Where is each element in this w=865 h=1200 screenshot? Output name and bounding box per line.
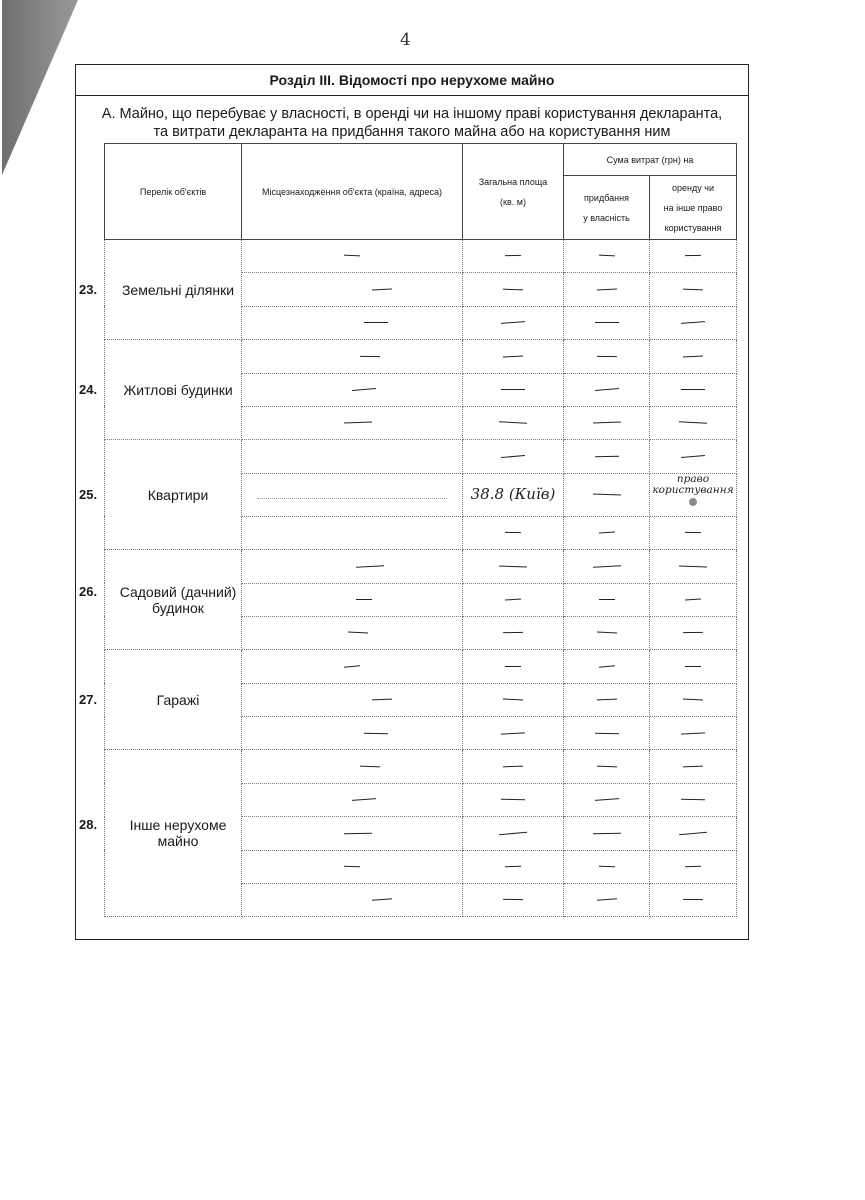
header-location: Місцезнаходження об'єкта (країна, адреса…	[242, 144, 463, 240]
dash-mark	[503, 632, 523, 633]
header-area-line2: (кв. м)	[463, 192, 563, 212]
section-subtitle: А. Майно, що перебуває у власності, в ор…	[76, 105, 748, 141]
cell-rent	[650, 650, 737, 683]
area-value: 38.8 (Київ)	[471, 485, 556, 503]
table-row: 27.Гаражі	[105, 650, 737, 683]
cell-purchase	[564, 783, 650, 816]
cell-rent: правокористування	[650, 473, 737, 516]
cell-location	[242, 340, 463, 373]
cell-purchase	[564, 750, 650, 783]
dash-mark	[596, 632, 616, 634]
cell-rent	[650, 817, 737, 850]
dash-mark	[503, 899, 523, 900]
cell-area	[463, 373, 564, 406]
dash-mark	[356, 565, 384, 567]
category-number: 25.	[79, 487, 97, 502]
dash-mark	[683, 355, 703, 357]
scan-shadow	[0, 0, 80, 175]
cell-purchase	[564, 884, 650, 917]
cell-purchase	[564, 850, 650, 883]
rent-handwritten: правокористування	[652, 474, 733, 496]
dash-mark	[505, 598, 521, 600]
cell-area	[463, 850, 564, 883]
header-rent: оренду чи на інше право користування	[650, 176, 737, 240]
subtitle-line-1: А. Майно, що перебуває у власності, в ор…	[76, 105, 748, 123]
cell-purchase	[564, 406, 650, 439]
table-body: 23.Земельні ділянки24.Житлові будинки25.…	[105, 240, 737, 917]
category-number: 23.	[79, 282, 97, 297]
category-label: Житлові будинки	[123, 382, 232, 398]
dash-mark	[683, 766, 703, 768]
dash-mark	[344, 422, 372, 424]
dash-mark	[505, 532, 521, 533]
cell-location	[242, 440, 463, 473]
cell-location	[242, 473, 463, 516]
dash-mark	[683, 288, 703, 290]
cell-location	[242, 884, 463, 917]
cell-location	[242, 850, 463, 883]
cell-rent	[650, 550, 737, 583]
cell-area	[463, 783, 564, 816]
dash-mark	[501, 799, 525, 800]
cell-purchase	[564, 240, 650, 273]
dash-mark	[596, 699, 616, 701]
dash-mark	[592, 494, 620, 496]
cell-location	[242, 583, 463, 616]
dash-mark	[679, 565, 707, 567]
cell-area	[463, 440, 564, 473]
dash-mark	[681, 321, 705, 324]
header-purchase-line2: у власність	[564, 208, 649, 228]
cell-area	[463, 550, 564, 583]
section-frame: Розділ III. Відомості про нерухоме майно…	[75, 64, 749, 940]
dash-mark	[364, 732, 388, 733]
rent-line2: користування	[652, 485, 733, 496]
cell-rent	[650, 750, 737, 783]
cell-purchase	[564, 650, 650, 683]
dash-mark	[683, 899, 703, 900]
dash-mark	[348, 632, 368, 634]
dash-mark	[594, 798, 618, 801]
table-row: 28.Інше нерухоме майно	[105, 750, 737, 783]
cell-area	[463, 884, 564, 917]
redacted-address	[257, 497, 447, 499]
cell-location	[242, 373, 463, 406]
category-cell: 25.Квартири	[105, 440, 242, 550]
cell-purchase	[564, 273, 650, 306]
cell-purchase	[564, 440, 650, 473]
dash-mark	[594, 732, 618, 733]
section-title: Розділ III. Відомості про нерухоме майно	[76, 65, 748, 96]
table-row: 23.Земельні ділянки	[105, 240, 737, 273]
dash-mark	[364, 322, 388, 323]
dash-mark	[501, 732, 525, 734]
cell-rent	[650, 683, 737, 716]
dash-mark	[503, 288, 523, 290]
cell-area	[463, 240, 564, 273]
cell-purchase	[564, 717, 650, 750]
cell-rent	[650, 516, 737, 549]
category-cell: 23.Земельні ділянки	[105, 240, 242, 340]
category-cell: 28.Інше нерухоме майно	[105, 750, 242, 917]
cell-area	[463, 717, 564, 750]
cell-location	[242, 240, 463, 273]
cell-rent	[650, 884, 737, 917]
dash-mark	[598, 255, 614, 257]
cell-area	[463, 616, 564, 649]
dash-mark	[683, 699, 703, 701]
dash-mark	[505, 255, 521, 256]
cell-rent	[650, 373, 737, 406]
dash-mark	[344, 255, 360, 257]
dash-mark	[595, 322, 619, 323]
cell-purchase	[564, 373, 650, 406]
ink-blot	[689, 498, 697, 506]
dash-mark	[598, 866, 614, 868]
dash-mark	[592, 422, 620, 424]
cell-purchase	[564, 473, 650, 516]
header-purchase-line1: придбання	[564, 188, 649, 208]
category-label: Гаражі	[157, 692, 200, 708]
cell-purchase	[564, 340, 650, 373]
cell-purchase	[564, 683, 650, 716]
dash-mark	[372, 699, 392, 701]
dash-mark	[594, 456, 618, 457]
cell-area	[463, 583, 564, 616]
header-expenses: Сума витрат (грн) на	[564, 144, 737, 176]
category-label: Інше нерухоме майно	[123, 817, 233, 849]
cell-location	[242, 817, 463, 850]
category-cell: 27.Гаражі	[105, 650, 242, 750]
dash-mark	[681, 455, 705, 458]
dash-mark	[360, 355, 380, 356]
cell-rent	[650, 583, 737, 616]
dash-mark	[352, 388, 376, 391]
subtitle-line-2: та витрати декларанта на придбання таког…	[76, 123, 748, 141]
cell-area	[463, 340, 564, 373]
dash-mark	[595, 388, 619, 391]
cell-rent	[650, 717, 737, 750]
dash-mark	[505, 866, 521, 868]
cell-rent	[650, 850, 737, 883]
cell-location	[242, 406, 463, 439]
header-object-list: Перелік об'єктів	[105, 144, 242, 240]
cell-purchase	[564, 516, 650, 549]
dash-mark	[499, 422, 527, 424]
cell-area: 38.8 (Київ)	[463, 473, 564, 516]
dash-mark	[503, 766, 523, 768]
dash-mark	[685, 532, 701, 533]
cell-purchase	[564, 550, 650, 583]
cell-area	[463, 683, 564, 716]
dash-mark	[501, 389, 525, 390]
dash-mark	[501, 321, 525, 324]
table-row: 25.Квартири	[105, 440, 737, 473]
header-rent-line1: оренду чи	[650, 178, 736, 198]
cell-area	[463, 273, 564, 306]
dash-mark	[499, 565, 527, 567]
dash-mark	[352, 798, 376, 801]
cell-rent	[650, 440, 737, 473]
cell-rent	[650, 406, 737, 439]
dash-mark	[681, 799, 705, 800]
header-purchase: придбання у власність	[564, 176, 650, 240]
dash-mark	[685, 255, 701, 256]
cell-rent	[650, 783, 737, 816]
table-row: 24.Житлові будинки	[105, 340, 737, 373]
category-label: Квартири	[148, 487, 209, 503]
cell-rent	[650, 306, 737, 339]
header-area: Загальна площа (кв. м)	[463, 144, 564, 240]
category-number: 27.	[79, 692, 97, 707]
dash-mark	[360, 766, 380, 768]
category-number: 24.	[79, 382, 97, 397]
cell-location	[242, 717, 463, 750]
cell-area	[463, 750, 564, 783]
cell-location	[242, 783, 463, 816]
dash-mark	[592, 565, 620, 567]
cell-area	[463, 650, 564, 683]
dash-mark	[501, 455, 525, 458]
cell-location	[242, 550, 463, 583]
cell-location	[242, 616, 463, 649]
cell-purchase	[564, 616, 650, 649]
header-rent-line3: користування	[650, 218, 736, 238]
cell-purchase	[564, 306, 650, 339]
dash-mark	[679, 422, 707, 424]
cell-purchase	[564, 583, 650, 616]
cell-location	[242, 650, 463, 683]
dash-mark	[505, 666, 521, 667]
cell-rent	[650, 616, 737, 649]
cell-area	[463, 516, 564, 549]
category-cell: 26.Садовий (дачний) будинок	[105, 550, 242, 650]
dash-mark	[685, 666, 701, 667]
dash-mark	[685, 866, 701, 868]
dash-mark	[596, 355, 616, 356]
cell-location	[242, 750, 463, 783]
table-row: 26.Садовий (дачний) будинок	[105, 550, 737, 583]
dash-mark	[599, 599, 615, 600]
dash-mark	[592, 832, 620, 833]
dash-mark	[683, 632, 703, 633]
cell-location	[242, 683, 463, 716]
cell-rent	[650, 273, 737, 306]
header-area-line1: Загальна площа	[463, 172, 563, 192]
dash-mark	[344, 866, 360, 868]
cell-area	[463, 306, 564, 339]
category-label: Садовий (дачний) будинок	[118, 584, 238, 616]
cell-area	[463, 406, 564, 439]
dash-mark	[372, 288, 392, 290]
dash-mark	[596, 899, 616, 901]
dash-mark	[598, 532, 614, 534]
category-label: Земельні ділянки	[122, 282, 234, 298]
category-cell: 24.Житлові будинки	[105, 340, 242, 440]
dash-mark	[596, 766, 616, 768]
dash-mark	[372, 899, 392, 901]
dash-mark	[681, 732, 705, 734]
cell-location	[242, 516, 463, 549]
dash-mark	[685, 598, 701, 600]
cell-location	[242, 273, 463, 306]
cell-rent	[650, 240, 737, 273]
dash-mark	[503, 699, 523, 701]
page-number: 4	[400, 30, 411, 50]
real-estate-table: Перелік об'єктів Місцезнаходження об'єкт…	[104, 143, 737, 917]
cell-area	[463, 817, 564, 850]
dash-mark	[503, 355, 523, 357]
category-number: 28.	[79, 817, 97, 832]
cell-rent	[650, 340, 737, 373]
cell-location	[242, 306, 463, 339]
dash-mark	[499, 831, 527, 834]
dash-mark	[356, 599, 372, 600]
header-rent-line2: на інше право	[650, 198, 736, 218]
dash-mark	[681, 389, 705, 390]
dash-mark	[596, 288, 616, 290]
cell-purchase	[564, 817, 650, 850]
dash-mark	[598, 665, 614, 667]
category-number: 26.	[79, 584, 97, 599]
dash-mark	[679, 831, 707, 834]
dash-mark	[344, 665, 360, 667]
dash-mark	[344, 832, 372, 833]
